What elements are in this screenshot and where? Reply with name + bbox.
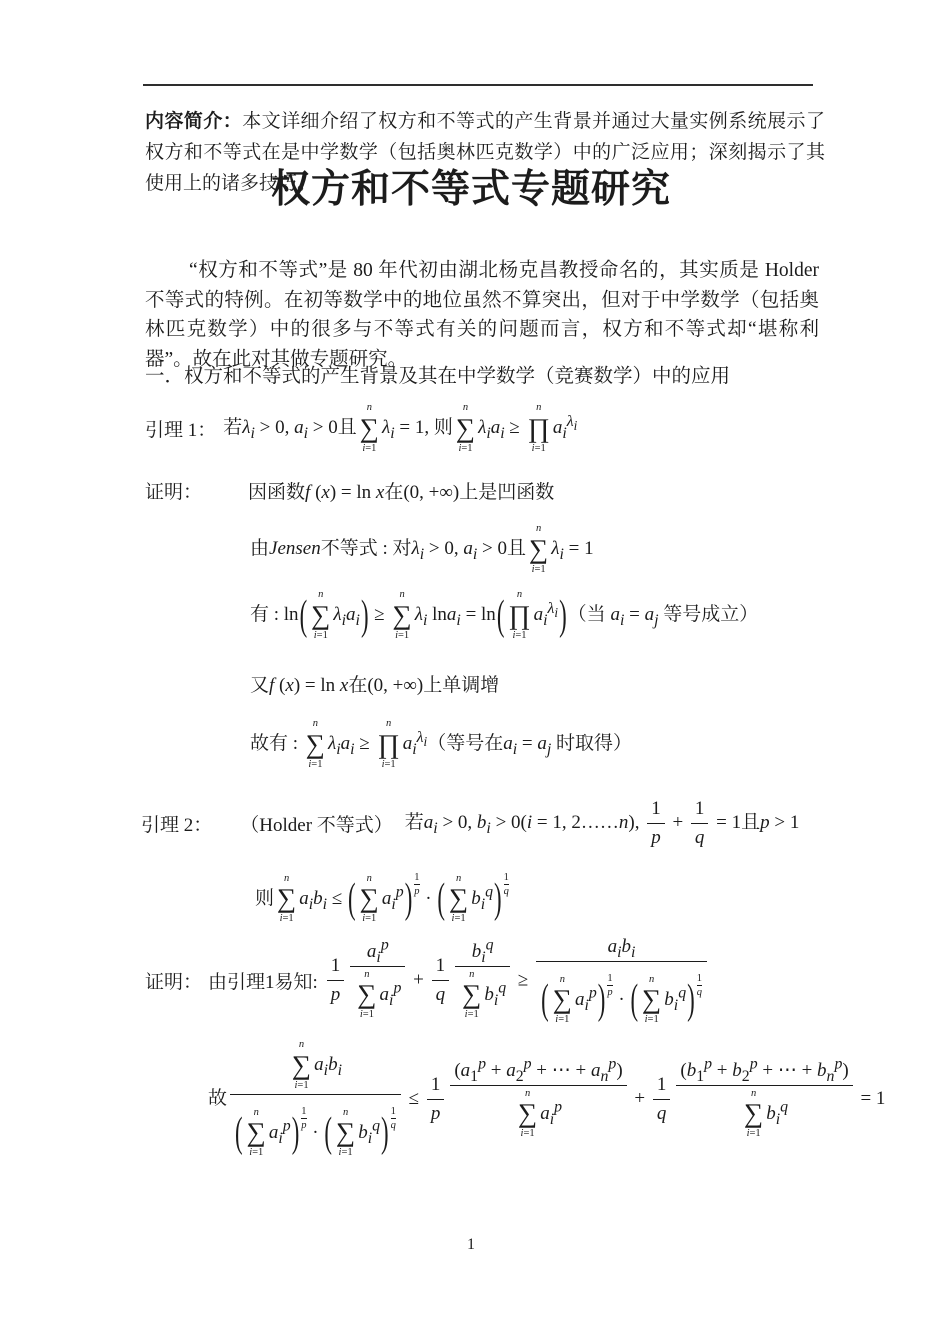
monotone-step-row: 又f (x) = ln x在(0, +∞)上单调增 bbox=[250, 670, 499, 697]
intro-paragraph: “权方和不等式”是 80 年代初由湖北杨克昌教授命名的，其实质是 Holder … bbox=[145, 256, 819, 374]
lemma2-then-formula: 则n∑i=1aibi ≤ (n∑i=1aip)1p · (n∑i=1biq)1q bbox=[255, 864, 510, 925]
holder-name-label: （Holder 不等式） bbox=[240, 810, 393, 837]
proof2-lead: 由引理1易知: bbox=[208, 967, 318, 994]
lemma1-statement-formula: 若λi > 0, ai > 0且n∑i=1λi = 1, 则n∑i=1λiai … bbox=[223, 403, 577, 454]
page-title: 权方和不等式专题研究 bbox=[0, 158, 942, 214]
proof2-formula: 1paipn∑i=1aip + 1qbiqn∑i=1biq ≥ aibi(n∑i… bbox=[324, 936, 710, 1026]
lemma2-proof-row: 证明： 由引理1易知: 1paipn∑i=1aip + 1qbiqn∑i=1bi… bbox=[145, 936, 710, 1026]
have-formula: 有 : ln(n∑i=1λiai) ≥ n∑i=1λi lnai = ln(n∏… bbox=[250, 590, 758, 641]
page-number: 1 bbox=[0, 1236, 942, 1254]
thus-formula: 故有 : n∑i=1λiai ≥ n∏i=1aiλi（等号在ai = aj 时取… bbox=[250, 719, 632, 770]
monotone-formula: 又f (x) = ln x在(0, +∞)上单调增 bbox=[250, 670, 499, 697]
thus-step-row: 故有 : n∑i=1λiai ≥ n∏i=1aiλi（等号在ai = aj 时取… bbox=[250, 719, 632, 770]
lemma2-statement-formula: 若ai > 0, bi > 0(i = 1, 2……n), 1p + 1q = … bbox=[405, 798, 800, 849]
document-page: 内容简介：本文详细介绍了权方和不等式的产生背景并通过大量实例系统展示了权方和不等… bbox=[0, 0, 942, 1333]
proof2-label: 证明： bbox=[145, 967, 202, 994]
proof1-step1-formula: 因函数f (x) = ln x在(0, +∞)上是凹函数 bbox=[248, 477, 554, 504]
header-rule bbox=[143, 84, 813, 86]
section-heading: 一．权方和不等式的产生背景及其在中学数学（竞赛数学）中的应用 bbox=[145, 360, 885, 388]
proof1-label: 证明： bbox=[145, 477, 202, 504]
lemma2-conclusion-row: 故n∑i=1aibi(n∑i=1aip)1p · (n∑i=1biq)1q ≤ … bbox=[208, 1040, 885, 1159]
lemma2-then-row: 则n∑i=1aibi ≤ (n∑i=1aip)1p · (n∑i=1biq)1q bbox=[255, 864, 510, 925]
jensen-step-row: 由Jensen不等式 : 对λi > 0, ai > 0且n∑i=1λi = 1 bbox=[250, 524, 594, 575]
abstract-label: 内容简介： bbox=[145, 111, 242, 132]
lemma2-label: 引理 2： bbox=[141, 810, 212, 837]
jensen-formula: 由Jensen不等式 : 对λi > 0, ai > 0且n∑i=1λi = 1 bbox=[250, 524, 594, 575]
conclusion-formula: 故n∑i=1aibi(n∑i=1aip)1p · (n∑i=1biq)1q ≤ … bbox=[208, 1040, 885, 1159]
lemma1-row: 引理 1： 若λi > 0, ai > 0且n∑i=1λi = 1, 则n∑i=… bbox=[145, 403, 577, 454]
lemma2-row: 引理 2： （Holder 不等式） 若ai > 0, bi > 0(i = 1… bbox=[141, 798, 799, 849]
have-step-row: 有 : ln(n∑i=1λiai) ≥ n∑i=1λi lnai = ln(n∏… bbox=[250, 590, 758, 641]
lemma1-proof-row: 证明： 因函数f (x) = ln x在(0, +∞)上是凹函数 bbox=[145, 477, 554, 504]
lemma1-label: 引理 1： bbox=[145, 415, 216, 442]
